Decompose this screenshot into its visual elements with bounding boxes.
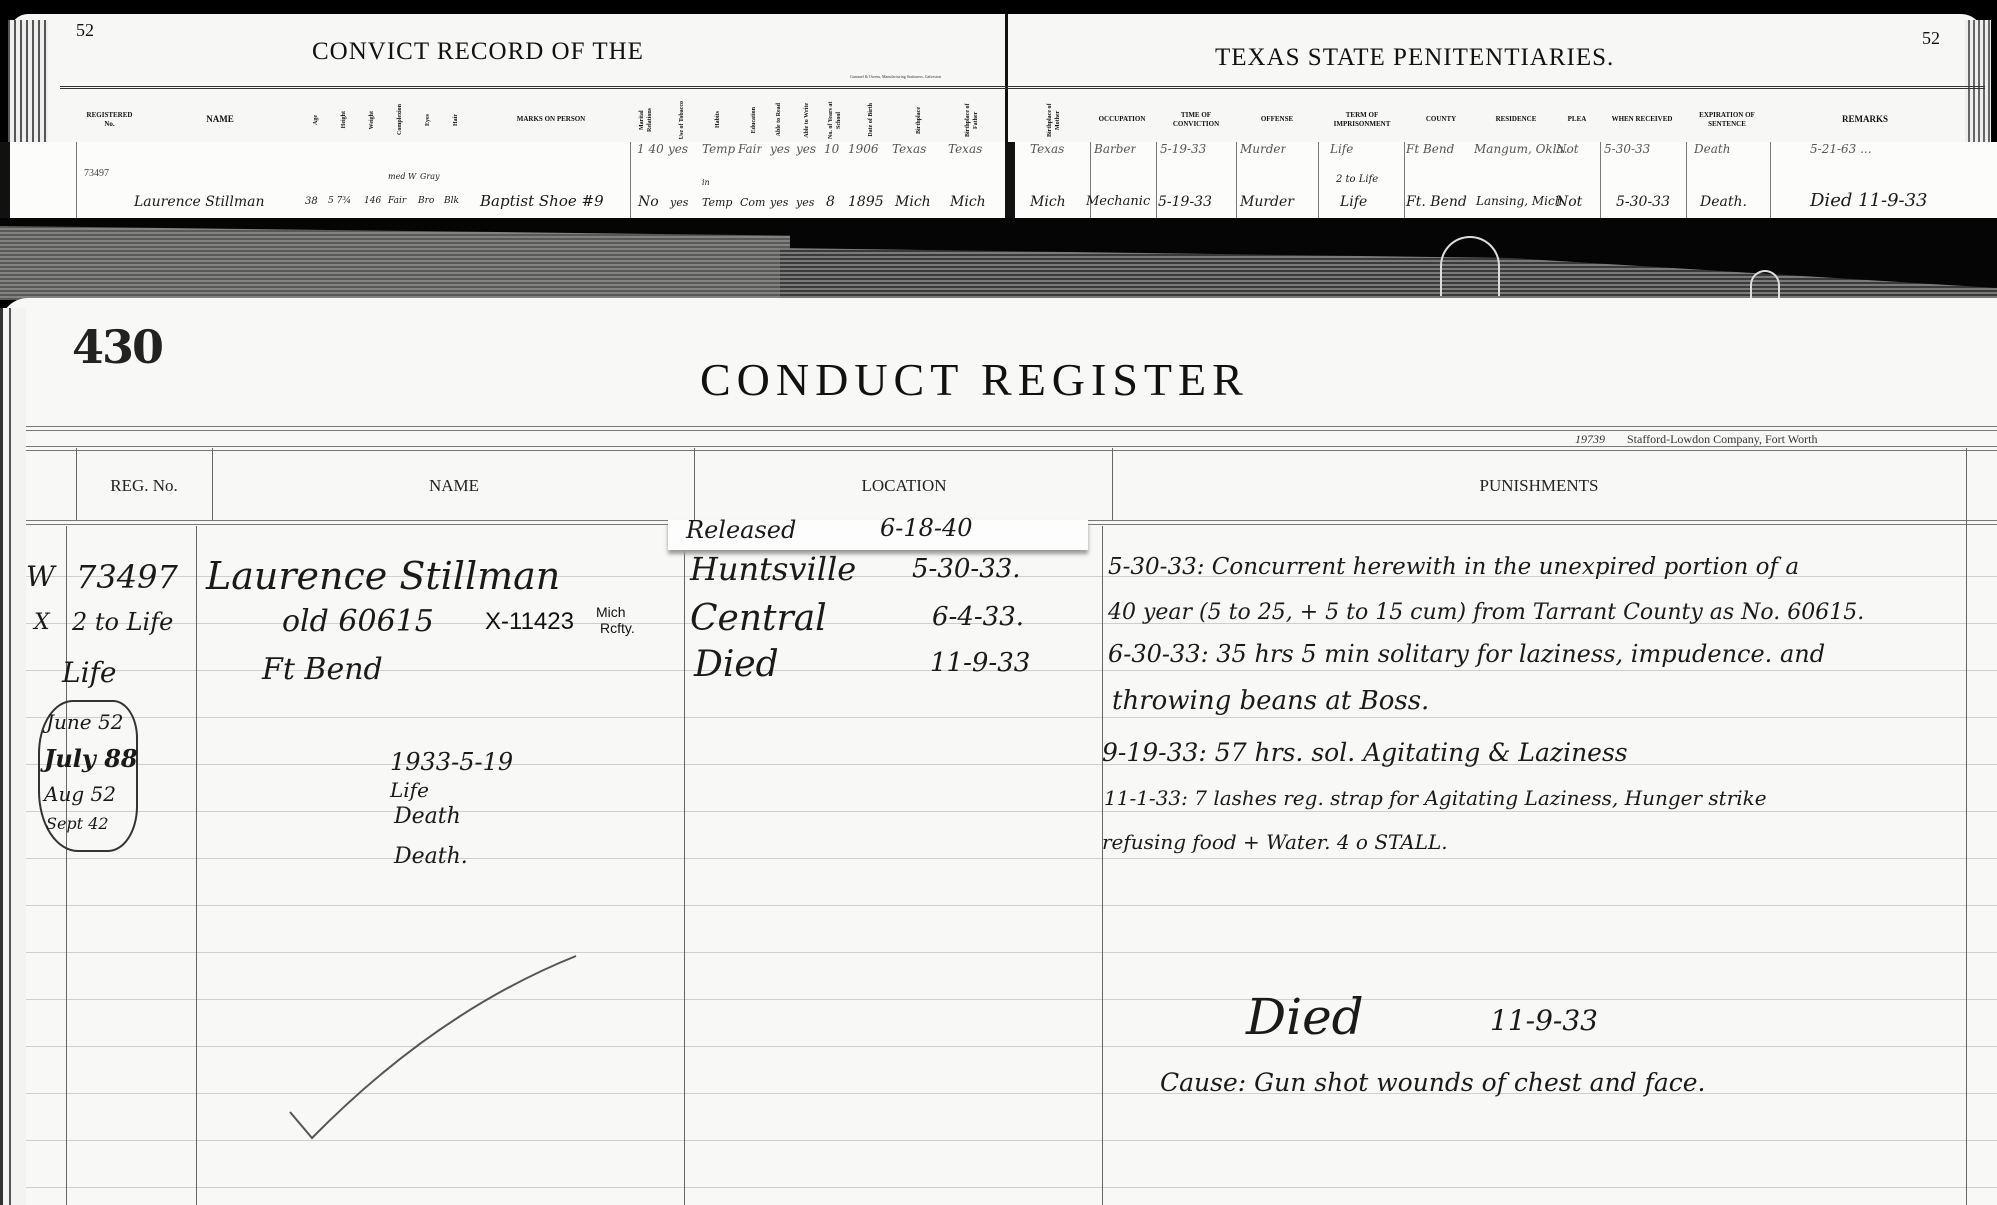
prev-location: Released — [686, 516, 796, 544]
margin-month: Sept 42 — [46, 814, 109, 833]
death-cause: Cause: Gun shot wounds of chest and face… — [1160, 1068, 1705, 1097]
habits: Temp — [702, 196, 732, 209]
conviction-date: 1933-5-19 — [390, 748, 513, 776]
col-birthplace-father: Birthplace of Father — [965, 100, 981, 140]
weight: 146 — [364, 196, 381, 206]
col-weight: Weight — [369, 111, 377, 129]
punishment-line: 40 year (5 to 25, + 5 to 15 cum) from Ta… — [1108, 600, 1864, 625]
col-age: Age — [313, 115, 321, 125]
years-school: 8 — [826, 194, 835, 210]
birthplace-father: Mich — [950, 194, 986, 210]
prev-plea: Not — [1556, 142, 1579, 162]
prev-read: yes — [770, 142, 790, 162]
loose-thread — [1440, 236, 1500, 296]
col-birthplace: Birthplace — [916, 107, 924, 134]
col-name: NAME — [140, 100, 300, 140]
birthplace: Mich — [895, 194, 931, 210]
col-plea: PLEA — [1556, 100, 1598, 140]
prev-birthplace-mother: Texas — [1030, 142, 1064, 162]
habits-note: in — [702, 178, 710, 187]
location-2-place: Central — [690, 598, 827, 639]
death-date: 11-9-33 — [1490, 1004, 1598, 1037]
reg-no: 73497 — [84, 168, 109, 179]
header-location: LOCATION — [696, 453, 1112, 519]
punishment-line: 5-30-33: Concurrent herewith in the unex… — [1108, 554, 1799, 580]
printer-credit: 19739Stafford-Lowdon Company, Fort Worth — [1575, 432, 1817, 447]
x-note-rcfty: Rcfty. — [600, 620, 635, 636]
prev-county: Ft Bend — [1406, 142, 1454, 162]
col-offense: OFFENSE — [1238, 100, 1316, 140]
eyes-note: Gray — [420, 172, 440, 181]
prev-offense: Murder — [1240, 142, 1286, 162]
prev-birthplace: Texas — [892, 142, 926, 162]
punishment-line: 9-19-33: 57 hrs. sol. Agitating & Lazine… — [1102, 738, 1628, 767]
old-number: old 60615 — [282, 604, 434, 639]
col-hair: Hair — [453, 114, 461, 126]
prisoner-name: Laurence Stillman — [134, 194, 265, 210]
prev-expiration: Death — [1694, 142, 1730, 162]
punishment-line: 6-30-33: 35 hrs 5 min solitary for lazin… — [1108, 640, 1825, 668]
prev-received: 5-30-33 — [1604, 142, 1650, 162]
birthplace-mother: Mich — [1030, 194, 1066, 210]
col-read: Able to Read — [776, 103, 784, 136]
location-3-place: Died — [694, 644, 779, 685]
record-row-strip: 1 40 yes Temp Fair yes yes 10 1906 Texas… — [0, 142, 1997, 218]
col-registered-no: REGISTERED No. — [82, 100, 137, 140]
col-received: WHEN RECEIVED — [1600, 100, 1684, 140]
sentence-death-2: Death. — [394, 844, 468, 869]
reg-no: 73497 — [76, 558, 178, 596]
eyes: Bro — [418, 196, 434, 206]
term-of-imprisonment: Life — [1340, 194, 1367, 210]
col-dob: Date of Birth — [868, 103, 876, 137]
margin-month: Aug 52 — [44, 782, 116, 806]
ledger-title-right: TEXAS STATE PENITENTIARIES. — [1215, 44, 1614, 72]
location-1-date: 5-30-33. — [912, 554, 1021, 584]
date-of-birth: 1895 — [848, 194, 884, 210]
sentence-death: Death — [394, 804, 461, 829]
race-mark: W — [26, 560, 55, 593]
col-birthplace-mother: Birthplace of Mother — [1047, 100, 1063, 140]
location-2-date: 6-4-33. — [932, 602, 1024, 632]
header-rule-top — [26, 426, 1997, 431]
time-of-conviction: 5-19-33 — [1158, 194, 1212, 210]
complexion: Fair — [388, 196, 406, 206]
prev-location-date: 6-18-40 — [880, 514, 973, 542]
age: 38 — [305, 196, 318, 207]
printer-name: Stafford-Lowdon Company, Fort Worth — [1627, 432, 1817, 446]
offense: Murder — [1240, 194, 1294, 210]
prev-term: Life — [1330, 142, 1353, 162]
county: Ft Bend — [262, 652, 383, 687]
loose-thread — [1750, 270, 1780, 300]
education: Com — [740, 196, 765, 209]
page-number-right: 52 — [1922, 28, 1940, 49]
complexion-note: med W — [388, 172, 416, 181]
sentence-life: Life — [390, 778, 429, 802]
location-3-date: 11-9-33 — [930, 648, 1030, 678]
page-number-left: 52 — [76, 20, 94, 41]
marks-on-person: Baptist Shoe #9 — [480, 192, 604, 210]
punishment-line: refusing food + Water. 4 o STALL. — [1102, 830, 1448, 854]
header-reg-no: REG. No. — [76, 453, 212, 519]
prev-birthplace-father: Texas — [948, 142, 982, 162]
when-received: 5-30-33 — [1616, 194, 1670, 210]
punishment-line: 11-1-33: 7 lashes reg. strap for Agitati… — [1104, 786, 1767, 810]
prev-conviction: 5-19-33 — [1160, 142, 1206, 162]
hair: Blk — [444, 196, 459, 206]
checkmark-icon — [286, 952, 586, 1152]
residence: Lansing, Mich — [1476, 194, 1562, 208]
col-tobacco: Use of Tobacco — [679, 101, 687, 139]
term: 2 to Life — [72, 608, 173, 636]
prev-marital: 1 40 — [637, 142, 664, 162]
death-label: Died — [1246, 988, 1364, 1046]
prev-occupation: Barber — [1094, 142, 1136, 162]
header-rule-mid — [26, 446, 1997, 451]
term-life: Life — [62, 656, 116, 689]
col-expiration: EXPIRATION OF SENTENCE — [1686, 100, 1768, 140]
folio-number: 430 — [72, 320, 162, 374]
term-mark: X — [34, 610, 50, 635]
header-name: NAME — [214, 453, 694, 519]
prev-habits: Temp — [702, 142, 735, 162]
term-note: 2 to Life — [1336, 174, 1378, 185]
tobacco: yes — [670, 196, 688, 209]
prev-education: Fair — [738, 142, 762, 162]
col-term: TERM OF IMPRISONMENT — [1320, 100, 1404, 140]
location-1-place: Huntsville — [690, 550, 856, 588]
printer-credit: Gammel & Owens, Manufacturing Stationers… — [850, 74, 941, 79]
col-eyes: Eyes — [425, 114, 433, 126]
conduct-register-page: 430 CONDUCT REGISTER 19739Stafford-Lowdo… — [0, 298, 1997, 1205]
header-rule — [60, 86, 1985, 89]
county: Ft. Bend — [1406, 194, 1467, 210]
page-edge — [0, 308, 26, 1205]
col-remarks: REMARKS — [1770, 100, 1960, 140]
convict-record-ledger: 52 52 CONVICT RECORD OF THE TEXAS STATE … — [0, 0, 1997, 218]
col-height: Height — [341, 111, 349, 128]
book-spine-binding — [0, 218, 1997, 300]
col-write: Able to Write — [804, 103, 812, 138]
remarks: Died 11-9-33 — [1810, 190, 1928, 211]
prev-write: yes — [796, 142, 816, 162]
margin-month: June 52 — [46, 710, 123, 734]
col-habits: Habits — [715, 111, 723, 128]
col-education: Education — [751, 107, 759, 133]
cloth-cover — [0, 226, 790, 300]
printer-code: 19739 — [1575, 432, 1605, 446]
x-note-mich: Mich — [596, 604, 626, 620]
expiration-of-sentence: Death. — [1700, 194, 1747, 210]
register-title: CONDUCT REGISTER — [700, 353, 1249, 406]
marital: No — [638, 194, 659, 210]
col-years-school: No. of Years at School — [828, 100, 844, 140]
col-county: COUNTY — [1406, 100, 1476, 140]
prev-residence: Mangum, Okla. — [1474, 142, 1568, 162]
col-residence: RESIDENCE — [1476, 100, 1556, 140]
margin-month: July 88 — [44, 744, 138, 773]
prev-remarks: 5-21-63 ... — [1810, 142, 1872, 162]
plea: Not — [1556, 194, 1582, 210]
inmate-name: Laurence Stillman — [206, 554, 560, 598]
punishment-line: throwing beans at Boss. — [1112, 686, 1429, 716]
occupation: Mechanic — [1086, 194, 1150, 209]
height: 5 7¾ — [328, 196, 351, 206]
col-complexion: Complexion — [397, 104, 405, 135]
col-conviction: TIME OF CONVICTION — [1158, 100, 1234, 140]
prev-dob: 1906 — [848, 142, 879, 162]
torn-binding — [780, 248, 1997, 298]
ledger-title-left: CONVICT RECORD OF THE — [312, 38, 644, 66]
prev-tobacco: yes — [668, 142, 688, 162]
col-marks: MARKS ON PERSON — [474, 100, 628, 140]
x-number: X-11423 — [485, 608, 574, 636]
prev-years: 10 — [824, 142, 839, 162]
able-to-write: yes — [796, 196, 814, 209]
able-to-read: yes — [770, 196, 788, 209]
col-occupation: OCCUPATION — [1090, 100, 1154, 140]
header-punishments: PUNISHMENTS — [1114, 453, 1964, 519]
col-marital: Marital Relations — [639, 100, 655, 140]
